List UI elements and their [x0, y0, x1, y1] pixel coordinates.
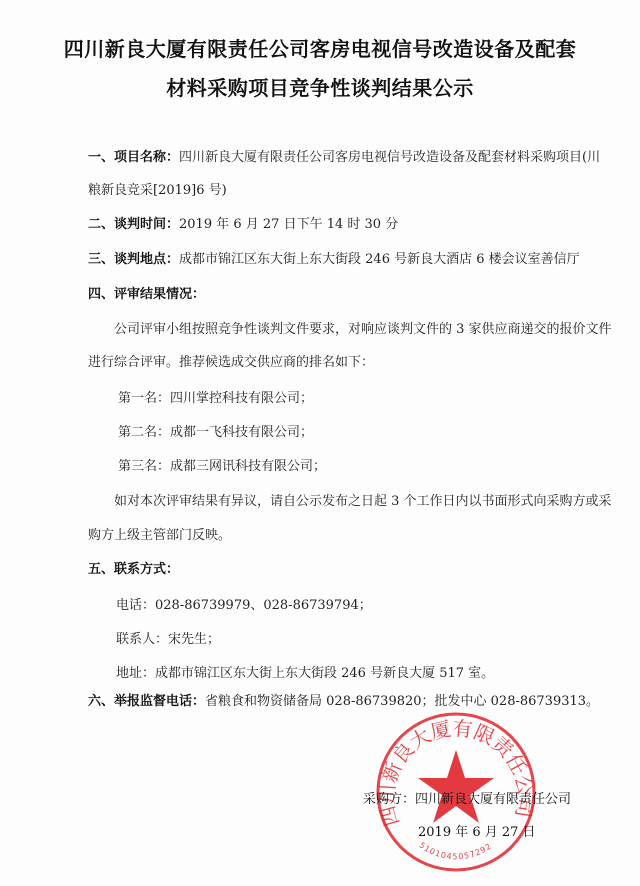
section-5-label: 五、联系方式： — [88, 558, 179, 577]
section-negotiation-location: 三、谈判地点：成都市锦江区东大街上东大街段 246 号新良大酒店 6 楼会议室善… — [88, 248, 580, 267]
ranking-item-3: 第三名：成都三网讯科技有限公司； — [118, 455, 326, 474]
document-title-line1: 四川新良大厦有限责任公司客房电视信号改造设备及配套 — [0, 33, 640, 62]
ranking-item-1: 第一名：四川掌控科技有限公司； — [118, 387, 313, 406]
ranking-name: 四川掌控科技有限公司； — [170, 391, 313, 406]
section-negotiation-time: 二、谈判时间：2019 年 6 月 27 日下午 14 时 30 分 — [88, 213, 398, 232]
contact-phone: 电话：028-86739979、028-86739794； — [116, 594, 372, 613]
section-1-label: 一、项目名称： — [88, 150, 179, 165]
purchaser-signature: 采购方：四川新良大厦有限责任公司 — [363, 788, 571, 807]
document-page: 四川新良大厦有限责任公司客房电视信号改造设备及配套 材料采购项目竞争性谈判结果公… — [0, 0, 640, 886]
ranking-label: 第二名： — [118, 425, 170, 440]
ranking-label: 第三名： — [118, 459, 170, 474]
section-2-label: 二、谈判时间： — [88, 217, 179, 232]
section-1-text-cont: 粮新良竞采[2019]6 号) — [88, 179, 227, 198]
contact-person: 联系人：宋先生； — [116, 628, 220, 647]
section-4-paragraph: 公司评审小组按照竞争性谈判文件要求，对响应谈判文件的 3 家供应商递交的报价文件 — [114, 318, 612, 337]
ranking-item-2: 第二名：成都一飞科技有限公司； — [118, 421, 313, 440]
section-4-paragraph-cont: 进行综合评审。推荐候选成交供应商的排名如下： — [88, 351, 374, 370]
section-6-label: 六、举报监督电话： — [88, 694, 205, 709]
section-4-label: 四、评审结果情况： — [88, 283, 205, 302]
svg-text:5101045057292: 5101045057292 — [417, 841, 493, 862]
section-report-phone: 六、举报监督电话：省粮食和物资储备局 028-86739820；批发中心 028… — [88, 690, 599, 709]
section-3-label: 三、谈判地点： — [88, 252, 179, 267]
ranking-name: 成都三网讯科技有限公司； — [170, 459, 326, 474]
objection-paragraph: 如对本次评审结果有异议，请自公示发布之日起 3 个工作日内以书面形式向采购方或采 — [114, 490, 612, 509]
section-2-text: 2019 年 6 月 27 日下午 14 时 30 分 — [179, 217, 398, 232]
ranking-label: 第一名： — [118, 391, 170, 406]
ranking-name: 成都一飞科技有限公司； — [170, 425, 313, 440]
section-1-text: 四川新良大厦有限责任公司客房电视信号改造设备及配套材料采购项目(川 — [179, 150, 600, 165]
section-3-text: 成都市锦江区东大街上东大街段 246 号新良大酒店 6 楼会议室善信厅 — [179, 252, 580, 267]
objection-paragraph-cont: 购方上级主管部门反映。 — [88, 524, 231, 543]
section-6-text: 省粮食和物资储备局 028-86739820；批发中心 028-86739313… — [205, 694, 599, 709]
signature-date: 2019 年 6 月 27 日 — [418, 821, 536, 840]
contact-address: 地址：成都市锦江区东大街上东大街段 246 号新良大厦 517 室。 — [116, 662, 494, 681]
document-title-line2: 材料采购项目竞争性谈判结果公示 — [0, 72, 640, 101]
section-project-name: 一、项目名称：四川新良大厦有限责任公司客房电视信号改造设备及配套材料采购项目(川 — [88, 146, 600, 165]
